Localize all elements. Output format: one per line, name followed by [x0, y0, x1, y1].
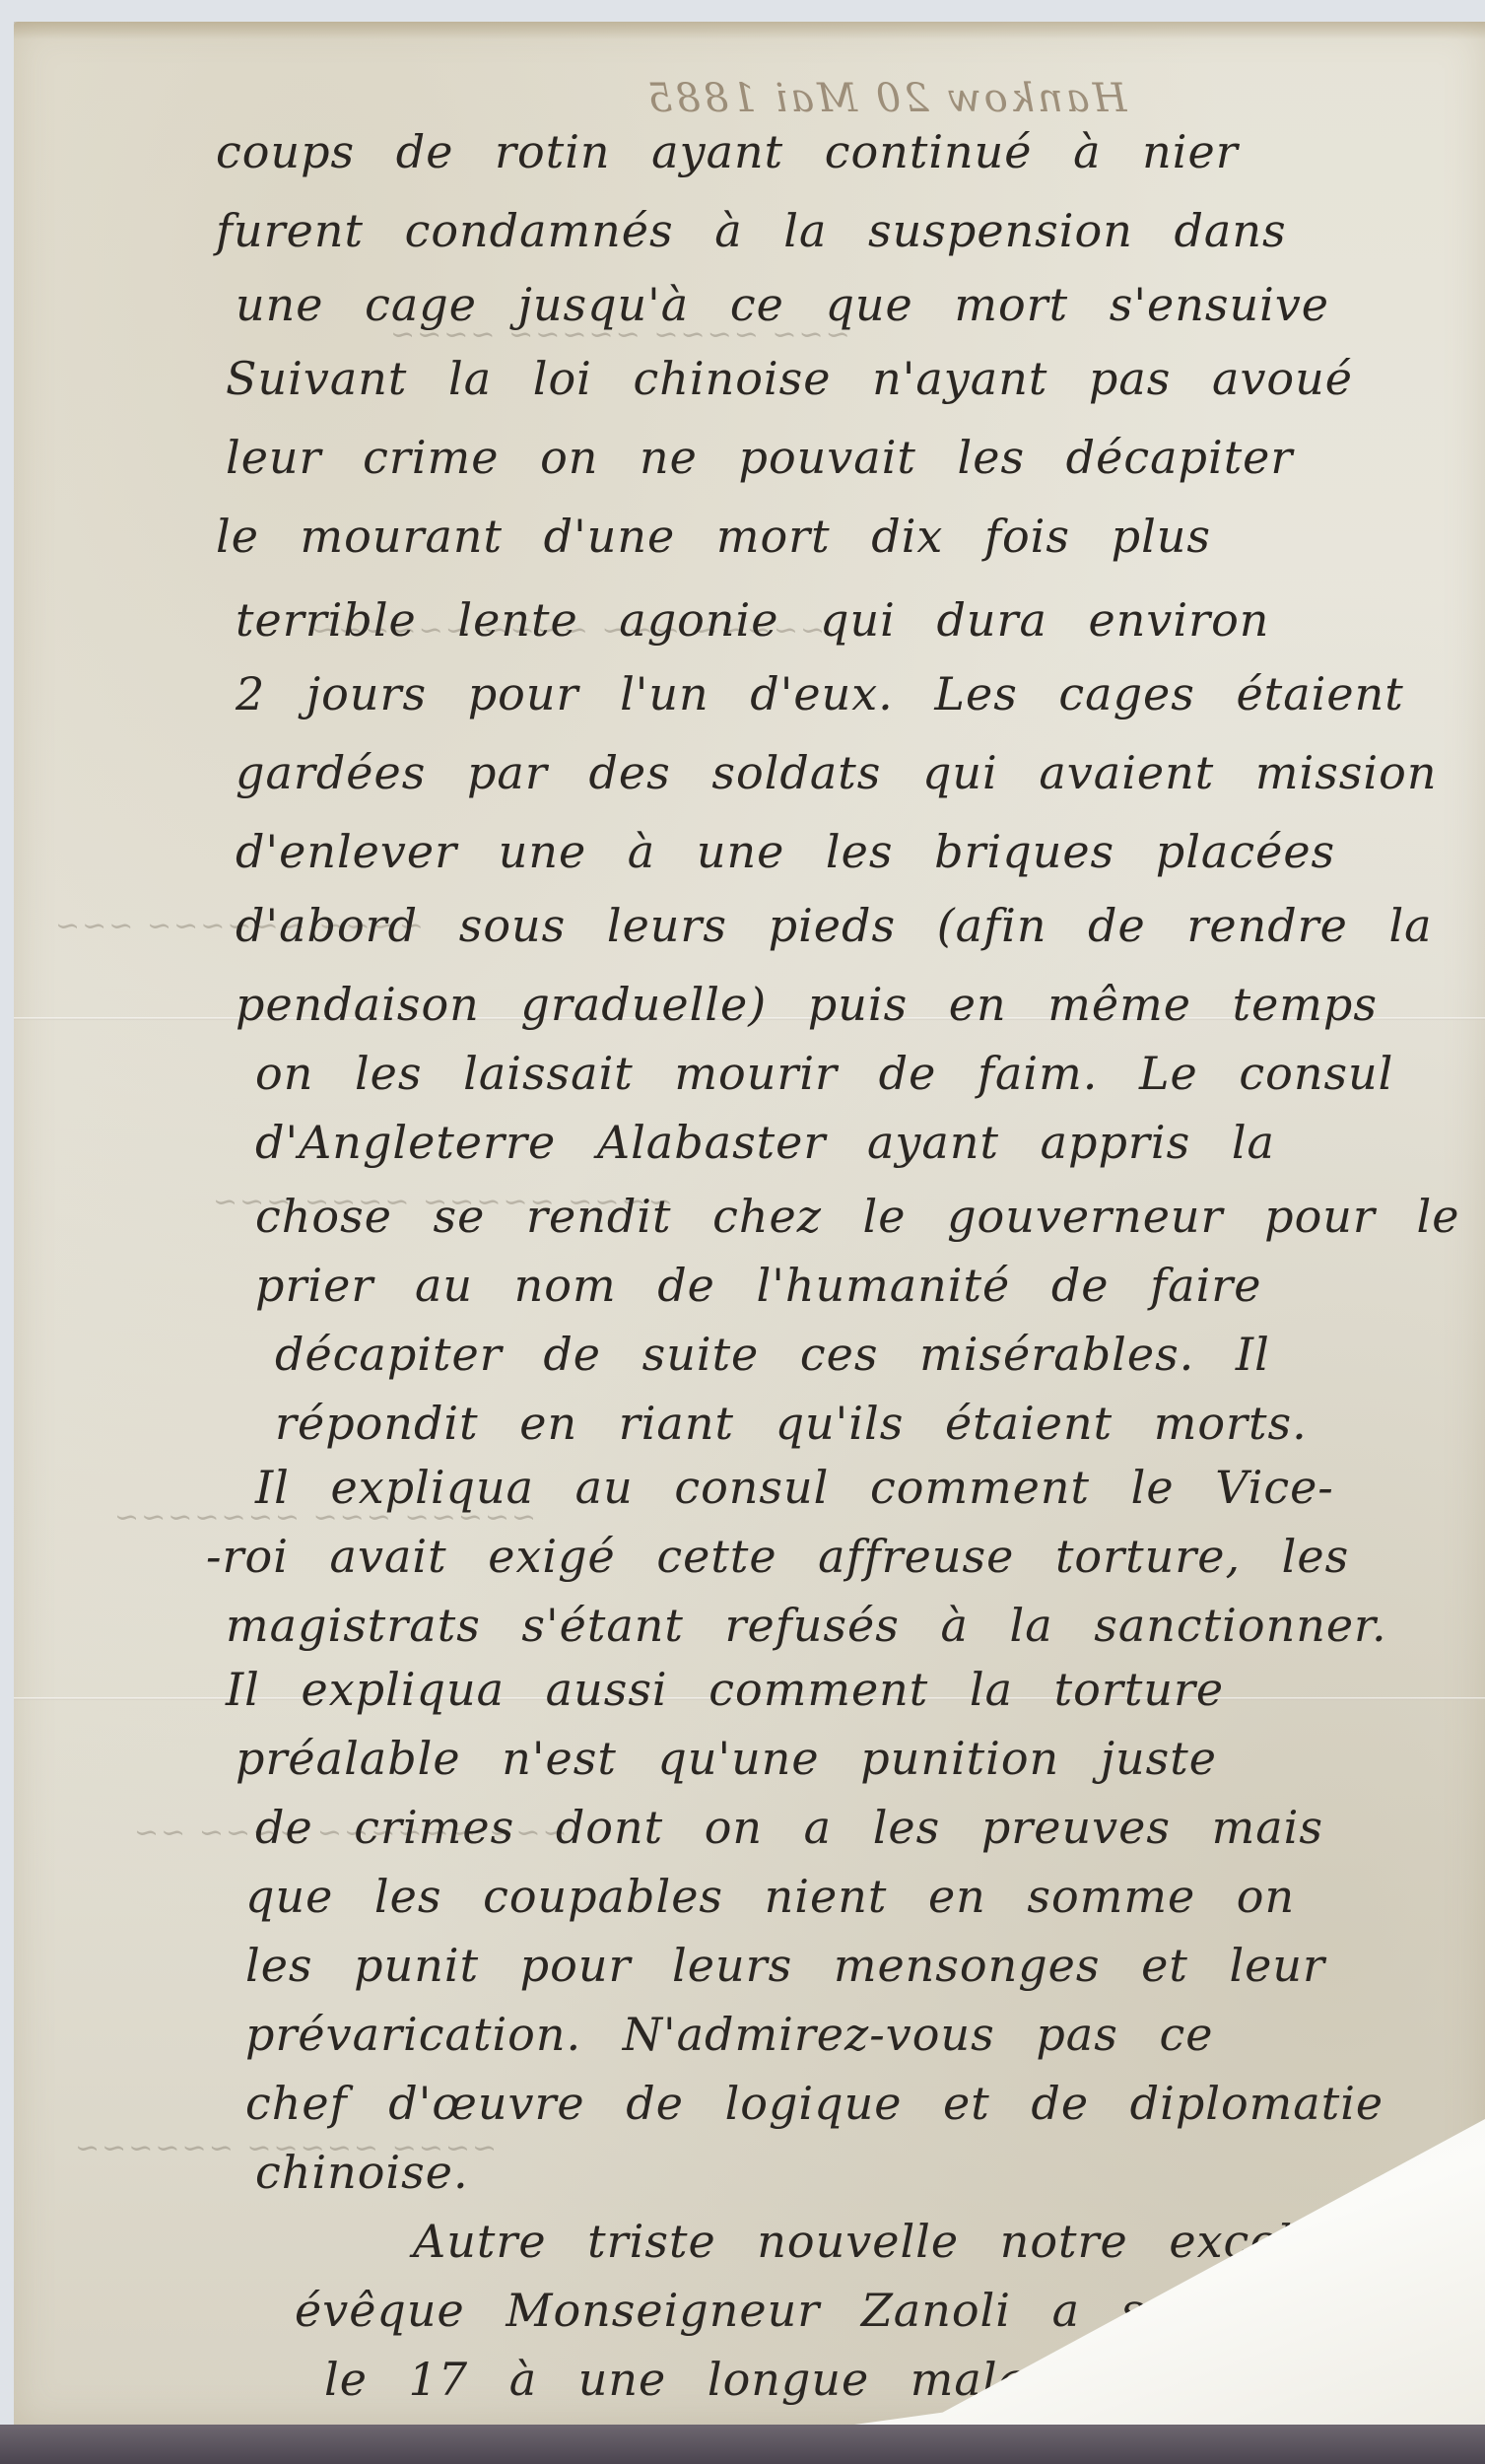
- text-line: 2 jours pour l'un d'eux. Les cages étaie…: [14, 667, 1485, 746]
- text-line: de crimes dont on a les preuves mais: [14, 1801, 1485, 1880]
- text-line: Suivant la loi chinoise n'ayant pas avou…: [14, 352, 1485, 431]
- text-line: les punit pour leurs mensonges et leur: [14, 1939, 1485, 2018]
- text-line: prévarication. N'admirez-vous pas ce: [14, 2008, 1485, 2087]
- text-line: chef d'œuvre de logique et de diplomatie: [14, 2077, 1485, 2156]
- text-line: leur crime on ne pouvait les décapiter: [14, 431, 1485, 510]
- text-line: prier au nom de l'humanité de faire: [14, 1259, 1485, 1337]
- text-line: furent condamnés à la suspension dans: [14, 204, 1485, 283]
- text-line: d'enlever une à une les briques placées: [14, 825, 1485, 904]
- text-line: on les laissait mourir de faim. Le consu…: [14, 1047, 1485, 1126]
- text-line: d'abord sous leurs pieds (afin de rendre…: [14, 899, 1485, 978]
- text-line: Il expliqua au consul comment le Vice-: [14, 1461, 1485, 1540]
- text-line: -roi avait exigé cette affreuse torture,…: [14, 1530, 1485, 1608]
- header-date-bleedthrough: Hankow 20 Mai 1885: [644, 76, 1127, 121]
- text-line: que les coupables nient en somme on: [14, 1870, 1485, 1949]
- table-surface: [0, 2425, 1485, 2464]
- text-line: Il expliqua aussi comment la torture: [14, 1663, 1485, 1742]
- text-line: d'Angleterre Alabaster ayant appris la: [14, 1116, 1485, 1195]
- text-line: une cage jusqu'à ce que mort s'ensuive: [14, 278, 1485, 357]
- text-line: gardées par des soldats qui avaient miss…: [14, 746, 1485, 825]
- text-line: coups de rotin ayant continué à nier: [14, 125, 1485, 204]
- text-line: préalable n'est qu'une punition juste: [14, 1732, 1485, 1811]
- text-line: chose se rendit chez le gouverneur pour …: [14, 1190, 1485, 1268]
- letter-page: Hankow 20 Mai 1885 ~~~ ~~~~ ~~~~~ ~~~~ ~…: [14, 22, 1485, 2427]
- text-line: pendaison graduelle) puis en même temps: [14, 978, 1485, 1057]
- text-line: chinoise.: [14, 2146, 1485, 2224]
- text-line: le mourant d'une mort dix fois plus: [14, 510, 1485, 588]
- text-line: décapiter de suite ces misérables. Il: [14, 1328, 1485, 1406]
- text-line: terrible lente agonie qui dura environ: [14, 593, 1485, 672]
